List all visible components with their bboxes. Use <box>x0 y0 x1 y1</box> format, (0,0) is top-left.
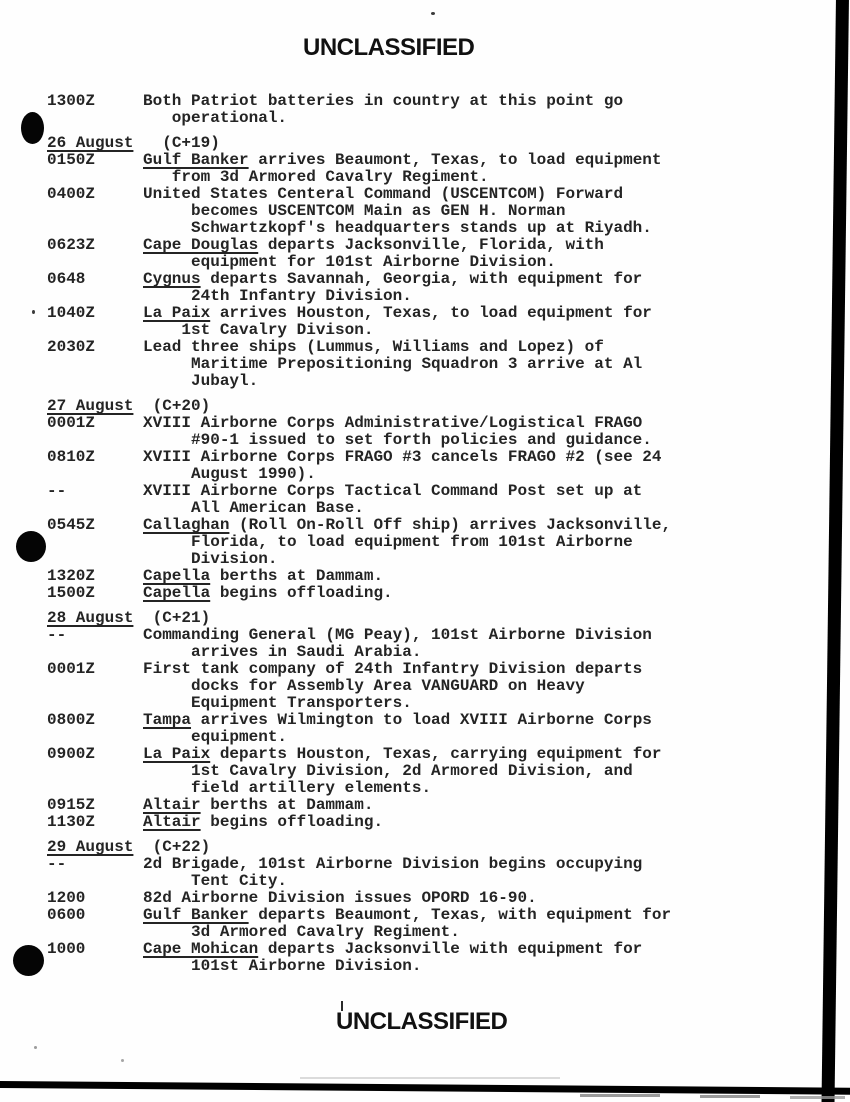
chronology-section-continued: 1300ZBoth Patriot batteries in country a… <box>47 93 787 127</box>
entry-time: -- <box>47 483 143 517</box>
entry-time: 0900Z <box>47 746 143 797</box>
ship-name: La Paix <box>143 745 210 763</box>
entry-description: Tampa arrives Wilmington to load XVIII A… <box>143 712 787 746</box>
entry-time: 0648 <box>47 271 143 305</box>
entry-text: 2d Brigade, 101st Airborne Division begi… <box>143 855 642 873</box>
entry-text: 1st Cavalry Divison. <box>143 321 373 339</box>
entry-line: 2d Brigade, 101st Airborne Division begi… <box>143 856 787 873</box>
entry-text: arrives Beaumont, Texas, to load equipme… <box>249 151 662 169</box>
entry-time: 0545Z <box>47 517 143 568</box>
date-heading: 28 August (C+21) <box>47 610 787 627</box>
entry-time: -- <box>47 627 143 661</box>
entry-line: La Paix arrives Houston, Texas, to load … <box>143 305 787 322</box>
scan-speck <box>431 12 435 15</box>
chronology-entry: 0001ZFirst tank company of 24th Infantry… <box>47 661 787 712</box>
chronology-entry: 0545ZCallaghan (Roll On-Roll Off ship) a… <box>47 517 787 568</box>
entry-text: #90-1 issued to set forth policies and g… <box>143 431 652 449</box>
entry-line: 24th Infantry Division. <box>143 288 787 305</box>
ship-name: Gulf Banker <box>143 906 249 924</box>
ship-name: Altair <box>143 796 201 814</box>
entry-line: Gulf Banker arrives Beaumont, Texas, to … <box>143 152 787 169</box>
entry-text: departs Houston, Texas, carrying equipme… <box>210 745 661 763</box>
entry-description: Altair begins offloading. <box>143 814 787 831</box>
entry-text: (Roll On-Roll Off ship) arrives Jacksonv… <box>229 516 671 534</box>
entry-text: departs Jacksonville, Florida, with <box>258 236 604 254</box>
entry-text: 24th Infantry Division. <box>143 287 412 305</box>
scan-artifact-dash <box>790 1096 845 1099</box>
entry-text: 101st Airborne Division. <box>143 957 421 975</box>
chronology-entry: --XVIII Airborne Corps Tactical Command … <box>47 483 787 517</box>
entry-text: Equipment Transporters. <box>143 694 412 712</box>
entry-line: XVIII Airborne Corps Tactical Command Po… <box>143 483 787 500</box>
scan-artifact-dash <box>580 1094 660 1097</box>
entry-line: XVIII Airborne Corps Administrative/Logi… <box>143 415 787 432</box>
hole-punch-mark <box>21 112 44 144</box>
entry-line: Florida, to load equipment from 101st Ai… <box>143 534 787 551</box>
entry-line: becomes USCENTCOM Main as GEN H. Norman <box>143 203 787 220</box>
entry-text: field artillery elements. <box>143 779 431 797</box>
entry-line: XVIII Airborne Corps FRAGO #3 cancels FR… <box>143 449 787 466</box>
entry-text: becomes USCENTCOM Main as GEN H. Norman <box>143 202 565 220</box>
entry-line: 1st Cavalry Division, 2d Armored Divisio… <box>143 763 787 780</box>
ship-name: Gulf Banker <box>143 151 249 169</box>
entry-time: 0001Z <box>47 661 143 712</box>
chronology-entry: 1320ZCapella berths at Dammam. <box>47 568 787 585</box>
entry-text: berths at Dammam. <box>201 796 374 814</box>
ship-name: Cape Mohican <box>143 940 258 958</box>
date-label: 27 August <box>47 397 133 415</box>
entry-text: Both Patriot batteries in country at thi… <box>143 92 623 110</box>
day-counter: (C+22) <box>133 838 210 856</box>
entry-line: Lead three ships (Lummus, Williams and L… <box>143 339 787 356</box>
entry-time: 1320Z <box>47 568 143 585</box>
entry-line: La Paix departs Houston, Texas, carrying… <box>143 746 787 763</box>
chronology-entry: 0600Gulf Banker departs Beaumont, Texas,… <box>47 907 787 941</box>
entry-description: Gulf Banker departs Beaumont, Texas, wit… <box>143 907 787 941</box>
entry-line: All American Base. <box>143 500 787 517</box>
entry-text: United States Centeral Command (USCENTCO… <box>143 185 623 203</box>
entry-description: Commanding General (MG Peay), 101st Airb… <box>143 627 787 661</box>
entry-time: 1500Z <box>47 585 143 602</box>
entry-text: Schwartzkopf's headquarters stands up at… <box>143 219 652 237</box>
entry-text: Division. <box>143 550 277 568</box>
scan-edge-bottom <box>0 1081 850 1095</box>
entry-description: La Paix arrives Houston, Texas, to load … <box>143 305 787 339</box>
entry-line: Tampa arrives Wilmington to load XVIII A… <box>143 712 787 729</box>
ship-name: Tampa <box>143 711 191 729</box>
entry-time: 0001Z <box>47 415 143 449</box>
ship-name: Capella <box>143 567 210 585</box>
entry-text: operational. <box>143 109 287 127</box>
ship-name: Altair <box>143 813 201 831</box>
entry-text: Maritime Prepositioning Squadron 3 arriv… <box>143 355 642 373</box>
entry-text: Florida, to load equipment from 101st Ai… <box>143 533 633 551</box>
entry-description: Altair berths at Dammam. <box>143 797 787 814</box>
scan-speck <box>32 310 35 314</box>
entry-text: 3d Armored Cavalry Regiment. <box>143 923 460 941</box>
entry-time: 1000 <box>47 941 143 975</box>
entry-text: XVIII Airborne Corps Administrative/Logi… <box>143 414 642 432</box>
day-counter: (C+20) <box>133 397 210 415</box>
chronology-entry: --2d Brigade, 101st Airborne Division be… <box>47 856 787 890</box>
entry-line: #90-1 issued to set forth policies and g… <box>143 432 787 449</box>
entry-description: Capella berths at Dammam. <box>143 568 787 585</box>
entry-description: Cape Douglas departs Jacksonville, Flori… <box>143 237 787 271</box>
entry-line: Maritime Prepositioning Squadron 3 arriv… <box>143 356 787 373</box>
entry-description: Both Patriot batteries in country at thi… <box>143 93 787 127</box>
entry-time: 1300Z <box>47 93 143 127</box>
entry-line: Equipment Transporters. <box>143 695 787 712</box>
entry-time: 0800Z <box>47 712 143 746</box>
date-label: 26 August <box>47 134 133 152</box>
entry-line: Commanding General (MG Peay), 101st Airb… <box>143 627 787 644</box>
date-heading: 26 August (C+19) <box>47 135 787 152</box>
entry-text: departs Jacksonville with equipment for <box>258 940 642 958</box>
entry-text: XVIII Airborne Corps FRAGO #3 cancels FR… <box>143 448 661 466</box>
chronology-entry: 1000Cape Mohican departs Jacksonville wi… <box>47 941 787 975</box>
entry-text: Commanding General (MG Peay), 101st Airb… <box>143 626 652 644</box>
entry-description: XVIII Airborne Corps FRAGO #3 cancels FR… <box>143 449 787 483</box>
entry-text: Jubayl. <box>143 372 258 390</box>
entry-text: 82d Airborne Division issues OPORD 16-90… <box>143 889 537 907</box>
entry-text: from 3d Armored Cavalry Regiment. <box>143 168 489 186</box>
entry-line: Altair berths at Dammam. <box>143 797 787 814</box>
entry-text: departs Savannah, Georgia, with equipmen… <box>201 270 643 288</box>
entry-text: arrives in Saudi Arabia. <box>143 643 421 661</box>
entry-line: Capella begins offloading. <box>143 585 787 602</box>
entry-line: operational. <box>143 110 787 127</box>
entry-time: -- <box>47 856 143 890</box>
entry-text: 1st Cavalry Division, 2d Armored Divisio… <box>143 762 633 780</box>
chronology-entry: 0400ZUnited States Centeral Command (USC… <box>47 186 787 237</box>
scan-speck <box>121 1059 124 1062</box>
entry-text: departs Beaumont, Texas, with equipment … <box>249 906 671 924</box>
chronology-entry: 0648Cygnus departs Savannah, Georgia, wi… <box>47 271 787 305</box>
entry-line: Callaghan (Roll On-Roll Off ship) arrive… <box>143 517 787 534</box>
entry-line: First tank company of 24th Infantry Divi… <box>143 661 787 678</box>
ship-name: Callaghan <box>143 516 229 534</box>
date-heading: 29 August (C+22) <box>47 839 787 856</box>
entry-time: 0915Z <box>47 797 143 814</box>
chronology-entry: 2030ZLead three ships (Lummus, Williams … <box>47 339 787 390</box>
entry-line: equipment for 101st Airborne Division. <box>143 254 787 271</box>
document-body: 1300ZBoth Patriot batteries in country a… <box>47 93 787 975</box>
entry-description: XVIII Airborne Corps Administrative/Logi… <box>143 415 787 449</box>
chronology-entry: 1040ZLa Paix arrives Houston, Texas, to … <box>47 305 787 339</box>
chronology-entry: 0810ZXVIII Airborne Corps FRAGO #3 cance… <box>47 449 787 483</box>
chronology-entry: 0001ZXVIII Airborne Corps Administrative… <box>47 415 787 449</box>
entry-text: XVIII Airborne Corps Tactical Command Po… <box>143 482 642 500</box>
entry-description: Capella begins offloading. <box>143 585 787 602</box>
entry-text: Lead three ships (Lummus, Williams and L… <box>143 338 604 356</box>
entry-line: docks for Assembly Area VANGUARD on Heav… <box>143 678 787 695</box>
date-label: 29 August <box>47 838 133 856</box>
date-label: 28 August <box>47 609 133 627</box>
date-heading: 27 August (C+20) <box>47 398 787 415</box>
footer-classification: UNCLASSIFIED <box>336 1008 507 1036</box>
entry-time: 2030Z <box>47 339 143 390</box>
entry-time: 0150Z <box>47 152 143 186</box>
entry-time: 0810Z <box>47 449 143 483</box>
entry-line: field artillery elements. <box>143 780 787 797</box>
entry-text: arrives Houston, Texas, to load equipmen… <box>210 304 652 322</box>
entry-line: Division. <box>143 551 787 568</box>
scan-artifact-dash <box>700 1095 760 1098</box>
chronology-entry: 0900ZLa Paix departs Houston, Texas, car… <box>47 746 787 797</box>
entry-description: Cygnus departs Savannah, Georgia, with e… <box>143 271 787 305</box>
chronology-entry: 1300ZBoth Patriot batteries in country a… <box>47 93 787 127</box>
entry-text: August 1990). <box>143 465 316 483</box>
entry-line: 101st Airborne Division. <box>143 958 787 975</box>
entry-line: Schwartzkopf's headquarters stands up at… <box>143 220 787 237</box>
entry-time: 1130Z <box>47 814 143 831</box>
header-classification: UNCLASSIFIED <box>303 34 474 62</box>
entry-description: 2d Brigade, 101st Airborne Division begi… <box>143 856 787 890</box>
entry-line: Altair begins offloading. <box>143 814 787 831</box>
entry-line: arrives in Saudi Arabia. <box>143 644 787 661</box>
chronology-entry: 0623ZCape Douglas departs Jacksonville, … <box>47 237 787 271</box>
ship-name: Cygnus <box>143 270 201 288</box>
entry-line: Both Patriot batteries in country at thi… <box>143 93 787 110</box>
entry-line: 82d Airborne Division issues OPORD 16-90… <box>143 890 787 907</box>
chronology-entry: 1500ZCapella begins offloading. <box>47 585 787 602</box>
entry-description: Cape Mohican departs Jacksonville with e… <box>143 941 787 975</box>
entry-line: Cape Douglas departs Jacksonville, Flori… <box>143 237 787 254</box>
entry-text: First tank company of 24th Infantry Divi… <box>143 660 642 678</box>
chronology-entry: 0800ZTampa arrives Wilmington to load XV… <box>47 712 787 746</box>
chronology-entry: 1130ZAltair begins offloading. <box>47 814 787 831</box>
entry-time: 0400Z <box>47 186 143 237</box>
entry-description: La Paix departs Houston, Texas, carrying… <box>143 746 787 797</box>
scan-edge-right <box>821 0 849 1102</box>
entry-description: 82d Airborne Division issues OPORD 16-90… <box>143 890 787 907</box>
day-counter: (C+21) <box>133 609 210 627</box>
entry-line: 1st Cavalry Divison. <box>143 322 787 339</box>
entry-text: begins offloading. <box>210 584 392 602</box>
entry-text: equipment for 101st Airborne Division. <box>143 253 556 271</box>
entry-description: Gulf Banker arrives Beaumont, Texas, to … <box>143 152 787 186</box>
entry-text: berths at Dammam. <box>210 567 383 585</box>
entry-line: Gulf Banker departs Beaumont, Texas, wit… <box>143 907 787 924</box>
entry-line: from 3d Armored Cavalry Regiment. <box>143 169 787 186</box>
chronology-section: 26 August (C+19)0150ZGulf Banker arrives… <box>47 135 787 390</box>
entry-time: 1040Z <box>47 305 143 339</box>
chronology-section: 29 August (C+22)--2d Brigade, 101st Airb… <box>47 839 787 975</box>
entry-text: arrives Wilmington to load XVIII Airborn… <box>191 711 652 729</box>
entry-text: All American Base. <box>143 499 364 517</box>
scan-artifact-dash <box>300 1077 560 1079</box>
entry-description: Lead three ships (Lummus, Williams and L… <box>143 339 787 390</box>
chronology-entry: --Commanding General (MG Peay), 101st Ai… <box>47 627 787 661</box>
entry-time: 0623Z <box>47 237 143 271</box>
chronology-entry: 120082d Airborne Division issues OPORD 1… <box>47 890 787 907</box>
day-counter: (C+19) <box>133 134 219 152</box>
entry-text: Tent City. <box>143 872 287 890</box>
ship-name: Capella <box>143 584 210 602</box>
entry-text: equipment. <box>143 728 287 746</box>
entry-line: August 1990). <box>143 466 787 483</box>
entry-description: Callaghan (Roll On-Roll Off ship) arrive… <box>143 517 787 568</box>
entry-line: Capella berths at Dammam. <box>143 568 787 585</box>
scan-speck <box>34 1046 37 1049</box>
entry-description: XVIII Airborne Corps Tactical Command Po… <box>143 483 787 517</box>
entry-line: Cape Mohican departs Jacksonville with e… <box>143 941 787 958</box>
chronology-entry: 0915ZAltair berths at Dammam. <box>47 797 787 814</box>
entry-line: Tent City. <box>143 873 787 890</box>
entry-line: Jubayl. <box>143 373 787 390</box>
entry-time: 1200 <box>47 890 143 907</box>
hole-punch-mark <box>16 531 46 562</box>
chronology-section: 28 August (C+21)--Commanding General (MG… <box>47 610 787 831</box>
scanned-document-page: UNCLASSIFIED 1300ZBoth Patriot batteries… <box>0 0 850 1102</box>
ship-name: Cape Douglas <box>143 236 258 254</box>
chronology-entry: 0150ZGulf Banker arrives Beaumont, Texas… <box>47 152 787 186</box>
entry-text: docks for Assembly Area VANGUARD on Heav… <box>143 677 585 695</box>
entry-line: United States Centeral Command (USCENTCO… <box>143 186 787 203</box>
ship-name: La Paix <box>143 304 210 322</box>
entry-line: 3d Armored Cavalry Regiment. <box>143 924 787 941</box>
entry-line: Cygnus departs Savannah, Georgia, with e… <box>143 271 787 288</box>
chronology-section: 27 August (C+20)0001ZXVIII Airborne Corp… <box>47 398 787 602</box>
entry-time: 0600 <box>47 907 143 941</box>
hole-punch-mark <box>13 945 44 976</box>
entry-text: begins offloading. <box>201 813 383 831</box>
entry-line: equipment. <box>143 729 787 746</box>
entry-description: United States Centeral Command (USCENTCO… <box>143 186 787 237</box>
entry-description: First tank company of 24th Infantry Divi… <box>143 661 787 712</box>
